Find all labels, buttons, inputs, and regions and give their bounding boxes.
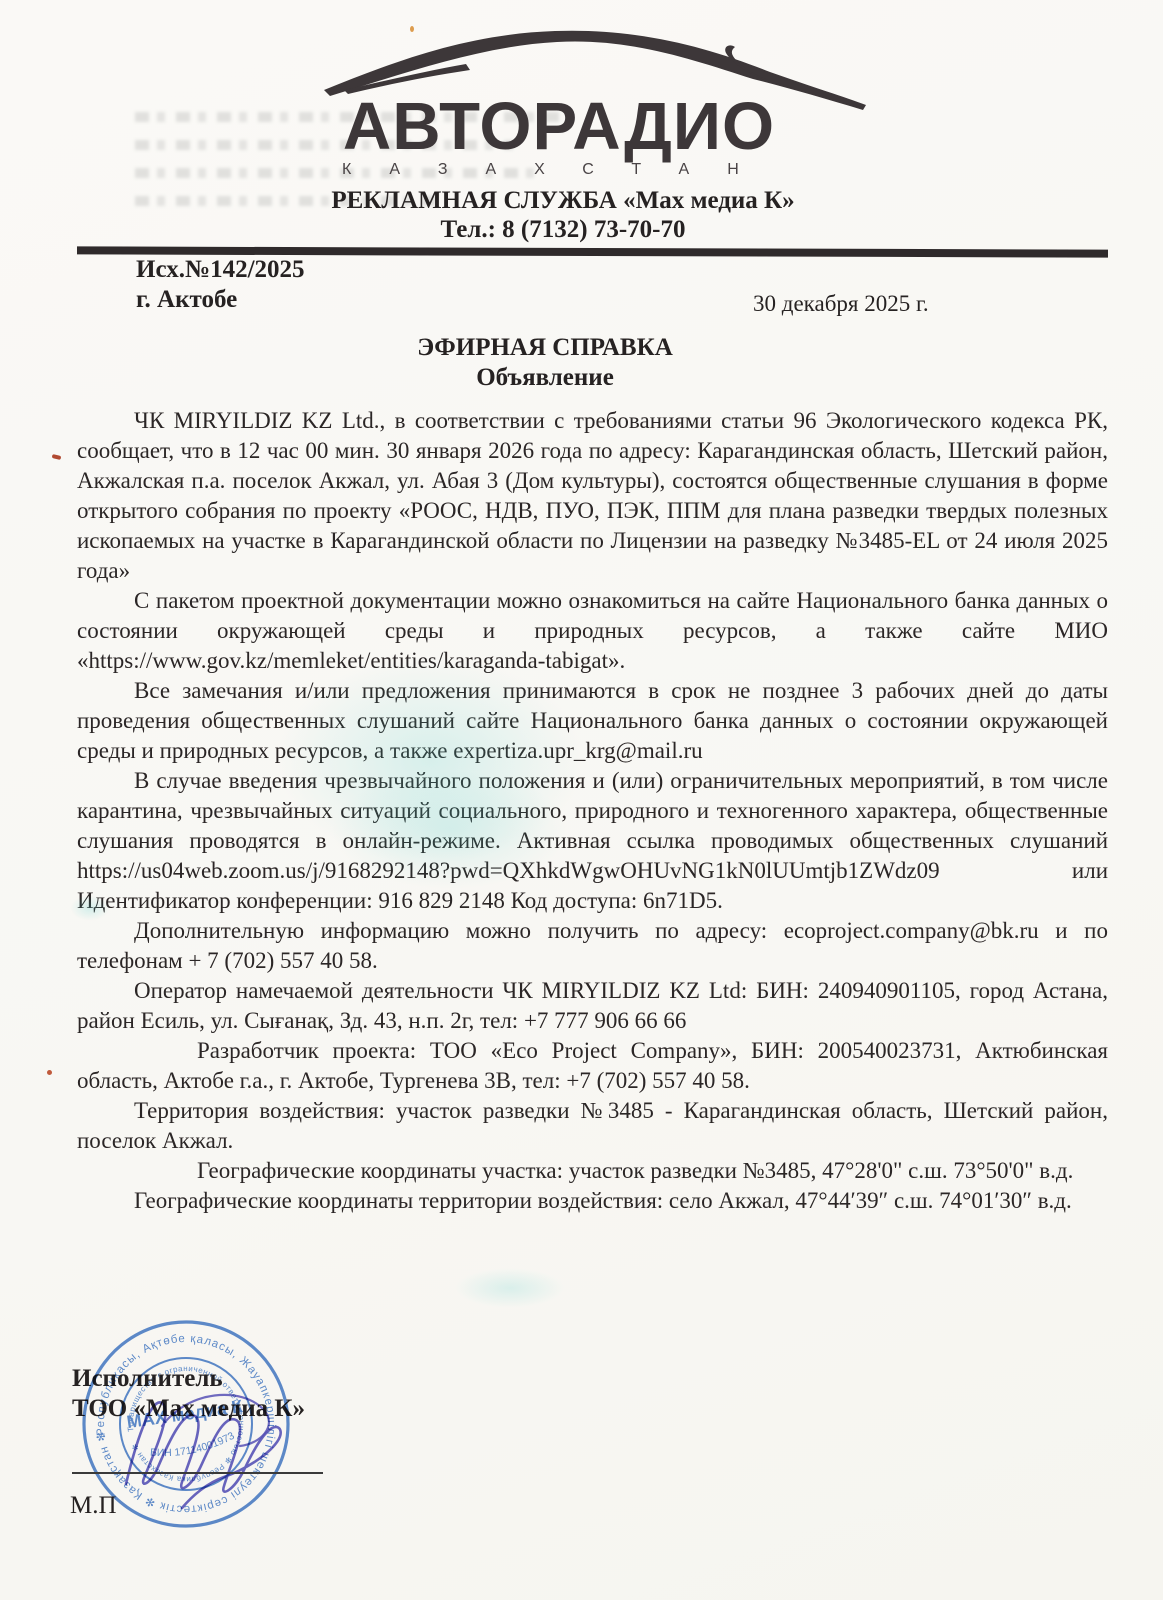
paragraph: Разработчик проекта: ТОО «Eco Project Co… <box>77 1036 1108 1096</box>
document-subtitle: Объявление <box>0 364 1090 392</box>
paragraph: Географические координаты территории воз… <box>77 1186 1108 1216</box>
logo-country-label: КАЗАХСТАН <box>342 161 812 179</box>
paragraph: Дополнительную информацию можно получить… <box>77 916 1108 976</box>
logo-wordmark: АВТОРАДИО <box>326 92 792 162</box>
scan-speck <box>52 454 62 460</box>
paragraph: Все замечания и/или предложения принимаю… <box>77 676 1108 766</box>
city-label: г. Актобе <box>136 286 237 314</box>
scan-speck <box>47 1070 52 1075</box>
outgoing-ref-number: Исх.№142/2025 <box>136 256 305 284</box>
document-date: 30 декабря 2025 г. <box>753 291 929 317</box>
signature-line <box>72 1472 323 1474</box>
handwritten-signature <box>92 1366 342 1516</box>
scan-smudge <box>455 1268 565 1308</box>
phone-line: Тел.: 8 (7132) 73-70-70 <box>0 216 1126 244</box>
document-title: ЭФИРНАЯ СПРАВКА <box>0 334 1090 362</box>
stamp-place-label: М.П <box>70 1492 117 1520</box>
paragraph: С пакетом проектной документации можно о… <box>77 586 1108 676</box>
scanned-document-page: АВТОРАДИО КАЗАХСТАН РЕКЛАМНАЯ СЛУЖБА «Ма… <box>0 0 1163 1600</box>
scan-speck <box>410 26 414 32</box>
paragraph: ЧК MIRYILDIZ KZ Ltd., в соответствии с т… <box>77 406 1108 586</box>
paragraph: Территория воздействия: участок разведки… <box>77 1096 1108 1156</box>
service-line: РЕКЛАМНАЯ СЛУЖБА «Мах медиа К» <box>0 187 1126 215</box>
paragraph: В случае введения чрезвычайного положени… <box>77 766 1108 916</box>
paragraph: Оператор намечаемой деятельности ЧК MIRY… <box>77 976 1108 1036</box>
paragraph: Географические координаты участка: участ… <box>77 1156 1108 1186</box>
document-body: ЧК MIRYILDIZ KZ Ltd., в соответствии с т… <box>77 406 1108 1216</box>
